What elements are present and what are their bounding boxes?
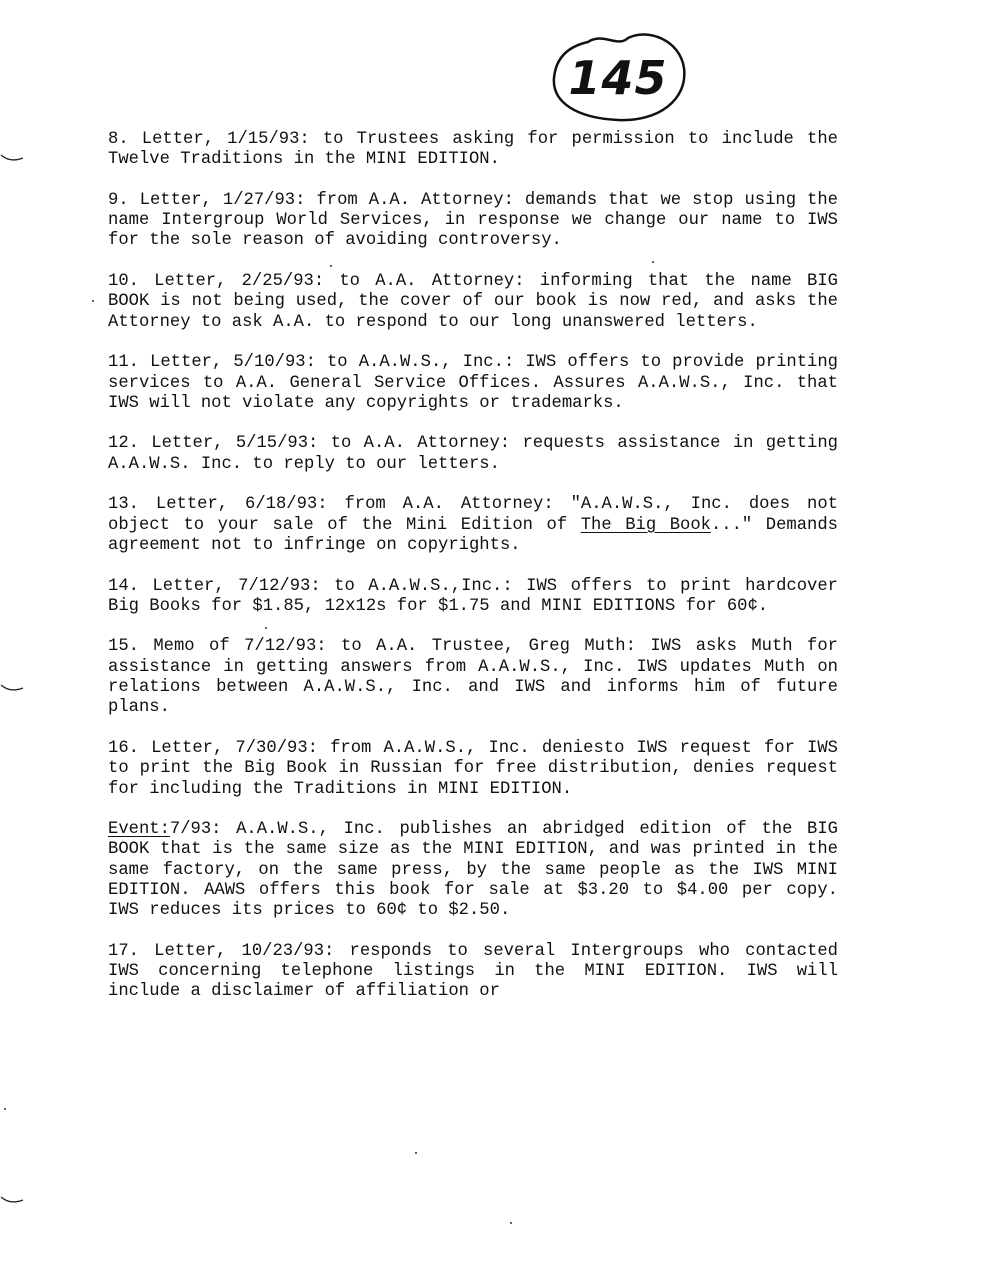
entry-15: 15. Memo of 7/12/93: to A.A. Trustee, Gr… (108, 637, 838, 718)
entry-17: 17. Letter, 10/23/93: responds to severa… (108, 942, 838, 1003)
event-text: 7/93: A.A.W.S., Inc. publishes an abridg… (108, 820, 838, 920)
entry-13: 13. Letter, 6/18/93: from A.A. Attorney:… (108, 495, 838, 556)
margin-hole-mark (0, 680, 24, 690)
margin-hole-mark (0, 1192, 24, 1202)
event-label-underlined: Event: (108, 820, 170, 839)
entry-event: Event:7/93: A.A.W.S., Inc. publishes an … (108, 820, 838, 921)
page-number-text: 145 (548, 30, 688, 125)
entry-12: 12. Letter, 5/15/93: to A.A. Attorney: r… (108, 434, 838, 475)
scan-speck (4, 1108, 6, 1110)
scanned-document-page: 145 8. Letter, 1/15/93: to Trustees aski… (0, 0, 989, 1267)
scan-speck (415, 1152, 417, 1154)
entry-11: 11. Letter, 5/10/93: to A.A.W.S., Inc.: … (108, 353, 838, 414)
handwritten-page-number-stamp: 145 (548, 30, 688, 125)
scan-speck (92, 300, 94, 302)
book-title-underlined: The Big Book (581, 516, 711, 535)
entry-16: 16. Letter, 7/30/93: from A.A.W.S., Inc.… (108, 739, 838, 800)
entry-14: 14. Letter, 7/12/93: to A.A.W.S.,Inc.: I… (108, 577, 838, 618)
scan-speck (510, 1222, 512, 1224)
entry-9: 9. Letter, 1/27/93: from A.A. Attorney: … (108, 191, 838, 252)
entry-10: 10. Letter, 2/25/93: to A.A. Attorney: i… (108, 272, 838, 333)
document-body: 8. Letter, 1/15/93: to Trustees asking f… (108, 130, 838, 1023)
entry-8: 8. Letter, 1/15/93: to Trustees asking f… (108, 130, 838, 171)
margin-hole-mark (0, 150, 24, 160)
